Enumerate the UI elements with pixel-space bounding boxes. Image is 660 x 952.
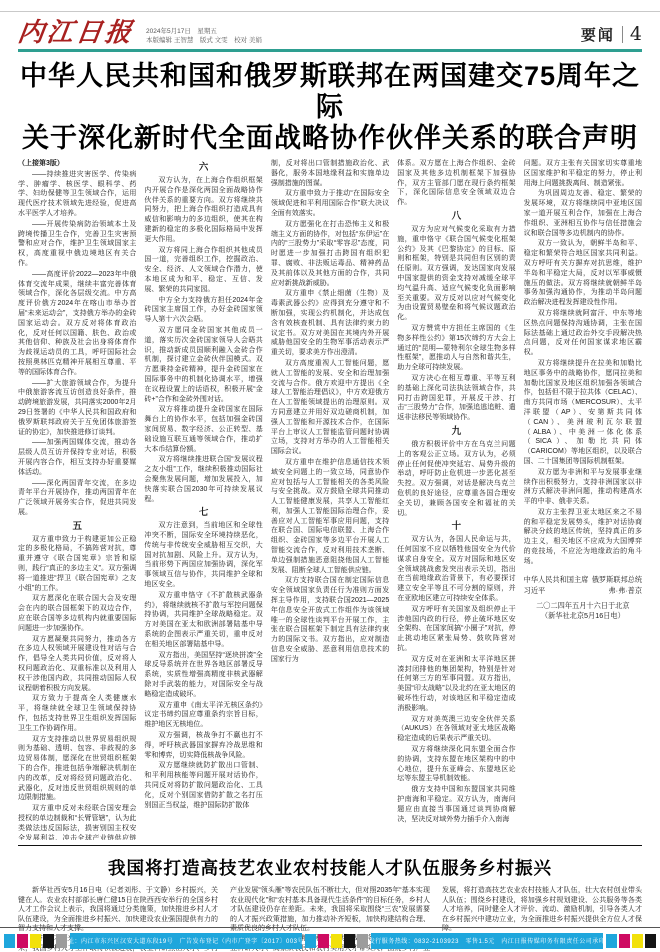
body-paragraph: 双方将继续提升在拉美和加勒比地区事务中的战略协作，愿同拉美和加勒比国家及地区组织… [524,359,642,467]
body-paragraph: 为巩固周边友善、稳定、繁荣的发展环境，双方将继续同中亚地区国家一道开展互利合作，… [524,189,642,238]
body-paragraph: 双方重申反对未经联合国安理会授权的单边制裁和“长臂管辖”，认为此类做法违反国际法… [18,804,136,840]
color-registration-left [4,934,67,948]
body-paragraph: 双方支持联合国在制定国际信息安全领域国家负责任行为准则方面发挥主导作用，支持联合… [271,576,389,664]
main-headline-line2: 关于深化新时代全面战略协作伙伴关系的联合声明 [18,123,642,154]
section-number: 八 [397,211,515,223]
body-paragraph: 双方将继续深化同东盟全面合作的协调，支持东盟在地区架构中的中心地位，提升东亚峰会… [397,745,515,784]
newspaper-logo: 内江日报 [16,20,136,46]
section-number: 九 [397,426,515,438]
article-column-4: 体系。双方愿在上海合作组织、金砖国家及其他多边机制框架下加强协作，双方主管部门愿… [397,159,515,840]
body-paragraph: 双方赞赏中方担任主席国的《生物多样性公约》第15次缔约方大会上通过的“昆明—蒙特… [397,324,515,373]
body-paragraph: 双方重申在维护信息通信技术领域安全问题上的一致立场，同意协作应对包括与人工智能相… [271,458,389,576]
body-paragraph: 双方致力于提高全人类健康水平，将继续就全球卫生领域保持协作，包括支持世界卫生组织… [18,694,136,733]
body-paragraph: ——持续推进灾害医学、传染病学、肿瘤学、核医学、眼科学、药学、妇幼保健等卫生领域… [18,170,136,219]
masthead: 内江日报 2024年5月17日 星期五 本版编辑 王智慧 版式 文雯 校对 美娟… [18,16,642,46]
signatory-left-title: 中华人民共和国主席 [524,574,589,585]
body-paragraph: 双方对美英澳三边安全伙伴关系（AUKUS）在各领域对亚太地区战略稳定造成的后果表… [397,715,515,744]
body-paragraph: 双方反对在亚洲和太平洋地区拼凑封闭排他的集团架构，特别是针对任何第三方的军事同盟… [397,655,515,714]
article-separator-rule [18,845,642,846]
article-columns: （上接第3版）——持续推进灾害医学、传染病学、肿瘤学、核医学、眼科学、药学、妇幼… [18,159,642,840]
body-paragraph: 俄方支持中国和东盟国家共同维护南海和平稳定。双方认为，南海问题应由直接当事国通过… [397,785,515,824]
staff-line: 本版编辑 王智慧 版式 文雯 校对 美娟 [146,36,262,45]
main-headline-line1: 中华人民共和国和俄罗斯联邦在两国建交75周年之际 [18,61,642,123]
article-column-2: 六双方认为，在上海合作组织框架内开展合作是深化两国全面战略协作伙伴关系的重要方向… [144,159,262,840]
body-paragraph: 双方指出，美国坚持“逐块拼凑”全球反导系统并在世界各地区部署反导系统，实质性增强… [144,651,262,700]
section-divider [622,26,623,43]
page-footer: 地址：内江市东兴区汉安大道东段19号 广告发布登记（内市广登字〔2017〕003… [0,927,660,949]
body-paragraph: 双方愿深化在联合国大会及安理会在内的联合国框架下的双边合作，应在联合国等多边机构… [18,594,136,633]
body-paragraph: 双方重申《禁止细菌（生物）及毒素武器公约》应得到充分遵守和不断加强，实现公约机制… [271,289,389,358]
body-paragraph: ——加强两国媒体交流，推动各层级人员互访并保持专业对话，积极开展内容合作，相互支… [18,438,136,477]
body-paragraph: 双方重申《南太平洋无核区条约》议定书缔约国应尊重条约宗旨目标，维护地区无核地位。 [144,701,262,730]
article-column-5: 问题。双方主张有关国家切实尊重地区国家维护和平稳定的努力，停止利用海上问题挑拨离… [524,159,642,840]
main-headline: 中华人民共和国和俄罗斯联邦在两国建交75周年之际 关于深化新时代全面战略协作伙伴… [18,61,642,154]
body-paragraph: 双方高度重视人工智能问题，愿就人工智能的发展、安全和治理加强交流与合作。俄方欢迎… [271,359,389,457]
article-column-1: （上接第3版）——持续推进灾害医学、传染病学、肿瘤学、核医学、眼科学、药学、妇幼… [18,159,136,840]
article-column-3: 制，反对将出口管制措施政治化、武器化，服务本国地缘利益和实施单边强制措施的图谋。… [271,159,389,840]
registration-color-square [344,934,355,948]
body-paragraph: 双方将继续推进联合国“发展议程之友小组”工作，继续积极推动国际社会聚焦发展问题，… [144,455,262,504]
body-paragraph: 制，反对将出口管制措施政治化、武器化，服务本国地缘利益和实施单边强制措施的图谋。 [271,159,389,188]
registration-color-square [606,934,617,948]
color-registration-right [606,934,656,948]
registration-color-square [43,934,54,948]
color-registration-middle [305,934,368,948]
registration-color-square [4,934,15,948]
registration-color-square [645,934,656,948]
body-paragraph: ——高度评价2022—2023年中俄体育交流年成果，继续丰富完善体育领域合作，深… [18,270,136,378]
body-paragraph: 双方重申致力于推动“在国际安全领域促进和平利用国际合作”联大决议全面有效落实。 [271,189,389,218]
body-paragraph: 双方愿为非洲和平与发展事业继续作出积极努力，支持非洲国家以非洲方式解决非洲问题，… [524,468,642,507]
footer-service-bar: 发行服务热线：0832-2103923 零售1.5元 内江日报传媒印务有限责任公… [371,933,603,949]
registration-color-square [305,934,316,948]
body-paragraph: 体系。双方愿在上海合作组织、金砖国家及其他多边机制框架下加强协作，双方主管部门愿… [397,159,515,208]
signature-block: 中华人民共和国主席 俄罗斯联邦总统 习近平 弗·弗·普京 二〇二四年五月十六日于… [524,574,642,621]
signature-date: 二〇二四年五月十六日于北京 [524,601,642,611]
continuation-note: （上接第3版） [18,159,136,169]
body-paragraph: 双方支持推动以世界贸易组织规则为基础、透明、包容、非歧视的多边贸易体制，愿深化在… [18,735,136,804]
registration-color-square [318,934,329,948]
section-number: 七 [144,507,262,519]
signatory-right-name: 弗·弗·普京 [608,585,642,596]
section-label: 要闻 [581,24,615,45]
masthead-rule [18,49,642,52]
signature-names: 习近平 弗·弗·普京 [524,585,642,596]
date-line: 2024年5月17日 星期五 [146,27,262,36]
masthead-right: 要闻 4 [581,23,642,46]
body-paragraph: 双方重申恪守《不扩散核武器条约》，将继续就核不扩散与军控问题保持协调，共同维护全… [144,591,262,650]
masthead-info: 2024年5月17日 星期五 本版编辑 王智慧 版式 文雯 校对 美娟 [146,27,262,46]
body-paragraph: 双方一致认为，朝鲜半岛和平、稳定和繁荣符合地区国家共同利益。双方呼吁有关方摒弃对… [524,239,642,308]
registration-color-square [30,934,41,948]
page-number: 4 [630,23,642,45]
body-paragraph: 双方强调，核战争打不赢也打不得，呼吁核武器国家摒弃冷战思维和零和博弈，切实降低核… [144,731,262,760]
bottom-article-headline: 我国将打造高技艺农业农村技能人才队伍服务乡村振兴 [18,855,642,880]
footer-address-bar: 地址：内江市东兴区汉安大道东段19号 广告发布登记（内市广登字〔2017〕003… [70,933,302,949]
body-paragraph: 双方将推动提升金砖国家在国际舞台上的协作水平，包括加强金砖国家间贸易、数字经济、… [144,405,262,454]
body-paragraph: 双方愿同金砖国家其他成员一道，落实历次金砖国家领导人会晤共识，推动新成员国顺利融… [144,326,262,404]
body-paragraph: 双方愿强化在打击恐怖主义和极端主义方面的协作，对包括“东伊运”在内的“三股势力”… [271,220,389,289]
registration-color-square [357,934,368,948]
section-number: 十 [397,521,515,533]
registration-color-square [632,934,643,948]
section-number: 六 [144,162,262,174]
body-paragraph: 双方认为，各国人民命运与共，任何国家不应以牺牲他国安全为代价谋求自身安全。双方对… [397,535,515,604]
top-hairline [0,11,660,12]
body-paragraph: 问题。双方主张有关国家切实尊重地区国家维护和平稳定的努力，停止利用海上问题挑拨离… [524,159,642,188]
body-paragraph: 双方呼吁有关国家及组织停止干涉他国内政的行径，停止破坏地区安全架构、在国家间搞“… [397,605,515,654]
section-number: 五 [18,521,136,533]
body-paragraph: 双方决心在相互尊重、平等互利的基础上深化司法执法领域合作，共同打击跨国犯罪，开展… [397,374,515,423]
body-paragraph: 双方重申致力于构建更加公正稳定的多极化格局，不搞阵营对抗，尊重并遵守《联合国宪章… [18,535,136,594]
body-paragraph: ——深化两国青年交流，在多边青年平台开展协作，推动两国青年在广泛领域开展务实合作… [18,479,136,518]
body-paragraph: 中方全力支持俄方担任2024年金砖国家主席国工作，办好金砖国家领导人第十六次会晤… [144,296,262,325]
registration-color-square [56,934,67,948]
registration-color-square [331,934,342,948]
body-paragraph: 双方为应对气候变化采取有力措施，重申恪守《联合国气候变化框架公约》及其《巴黎协定… [397,225,515,323]
body-paragraph: 双方认为，在上海合作组织框架内开展合作是深化两国全面战略协作伙伴关系的重要方向。… [144,176,262,245]
registration-color-square [17,934,28,948]
signatory-left-name: 习近平 [524,585,546,596]
registration-color-square [619,934,630,948]
body-paragraph: 双方注意到，当前地区和全球性冲突不断，国际安全环境持续恶化，传统与非传统安全威胁… [144,521,262,590]
body-paragraph: ——开展传染病防治领域本土及跨境传播卫生合作，完善卫生灾害预警和应对合作，维护卫… [18,220,136,269]
news-agency-credit: （新华社北京5月16日电） [524,611,642,621]
signature-titles: 中华人民共和国主席 俄罗斯联邦总统 [524,574,642,585]
signatory-right-title: 俄罗斯联邦总统 [592,574,642,585]
body-paragraph: 双方将同上海合作组织其他成员国一道，完善组织工作，挖掘政治、安全、经济、人文领域… [144,246,262,295]
body-paragraph: 双方愿继续就防扩散出口管制、和平利用核能等问题开展对话协作，共同反对将防扩散问题… [144,761,262,810]
body-paragraph: 双方将继续就阿富汗、中东等地区热点问题保持沟通协调，主张在国际法基础上通过政治外… [524,309,642,358]
newspaper-page: 内江日报 2024年5月17日 星期五 本版编辑 王智慧 版式 文雯 校对 美娟… [0,0,660,952]
body-paragraph: ——扩大旅游领域合作，为提升中俄旅游客流互访创造良好条件，推动跨境旅游发展，共同… [18,379,136,438]
body-paragraph: 双方主张捍卫亚太地区来之不易的和平稳定发展势头，维护对话协商解决分歧的地区传统，… [524,508,642,567]
body-paragraph: 俄方积极评价中方在乌克兰问题上的客观公正立场。双方认为，必须停止任何促使冲突延宕… [397,440,515,518]
body-paragraph: 双方愿凝聚共同努力，推动各方在多边人权领域开展建设性对话与合作，倡导全人类共同价… [18,635,136,694]
